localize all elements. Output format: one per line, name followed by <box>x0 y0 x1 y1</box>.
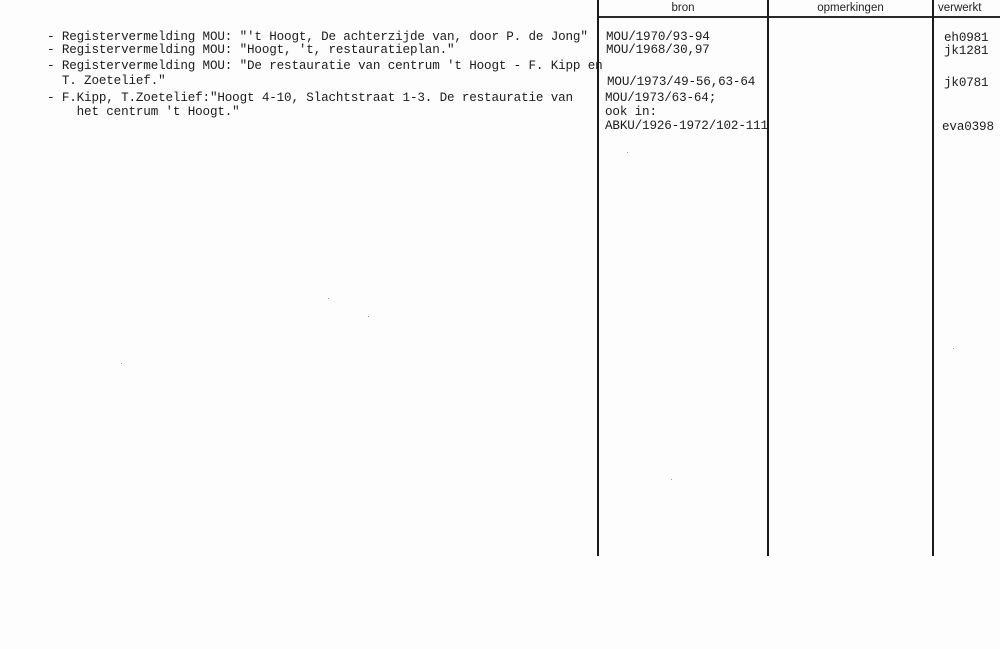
column-header-bron: bron <box>599 2 767 14</box>
scan-speck <box>328 298 329 299</box>
column-header-opmerkingen: opmerkingen <box>769 2 932 14</box>
entry-3-line-2: T. Zoetelief." <box>47 75 166 88</box>
entry-3-line-1: - Registervermelding MOU: "De restaurati… <box>47 60 603 73</box>
scan-speck <box>671 479 672 480</box>
bron-entry-4-line-3: ABKU/1926-1972/102-111 <box>605 120 768 133</box>
bron-entry-4-line-2: ook in: <box>605 106 657 119</box>
bron-entry-2: MOU/1968/30,97 <box>606 44 710 57</box>
verwerkt-entry-4: eva0398 <box>942 121 994 134</box>
header-rule <box>598 16 1000 18</box>
column-header-verwerkt: verwerkt <box>934 2 1000 14</box>
scan-speck <box>953 348 954 349</box>
scan-speck <box>368 316 369 317</box>
entry-4-line-1: - F.Kipp, T.Zoetelief:"Hoogt 4-10, Slach… <box>47 92 573 105</box>
column-divider-left-of-bron <box>597 0 599 556</box>
column-divider-opmerkingen-verwerkt <box>932 0 934 556</box>
entry-2-line-1: - Registervermelding MOU: "Hoogt, 't, re… <box>47 44 454 57</box>
bron-entry-4-line-1: MOU/1973/63-64; <box>605 92 716 105</box>
entry-4-line-2: het centrum 't Hoogt." <box>47 106 240 119</box>
scan-speck <box>627 152 628 153</box>
verwerkt-entry-2: jk1281 <box>944 45 988 58</box>
verwerkt-entry-3: jk0781 <box>944 77 988 90</box>
column-divider-bron-opmerkingen <box>767 0 769 556</box>
scan-speck <box>121 363 122 364</box>
bron-entry-3: MOU/1973/49-56,63-64 <box>607 76 755 89</box>
